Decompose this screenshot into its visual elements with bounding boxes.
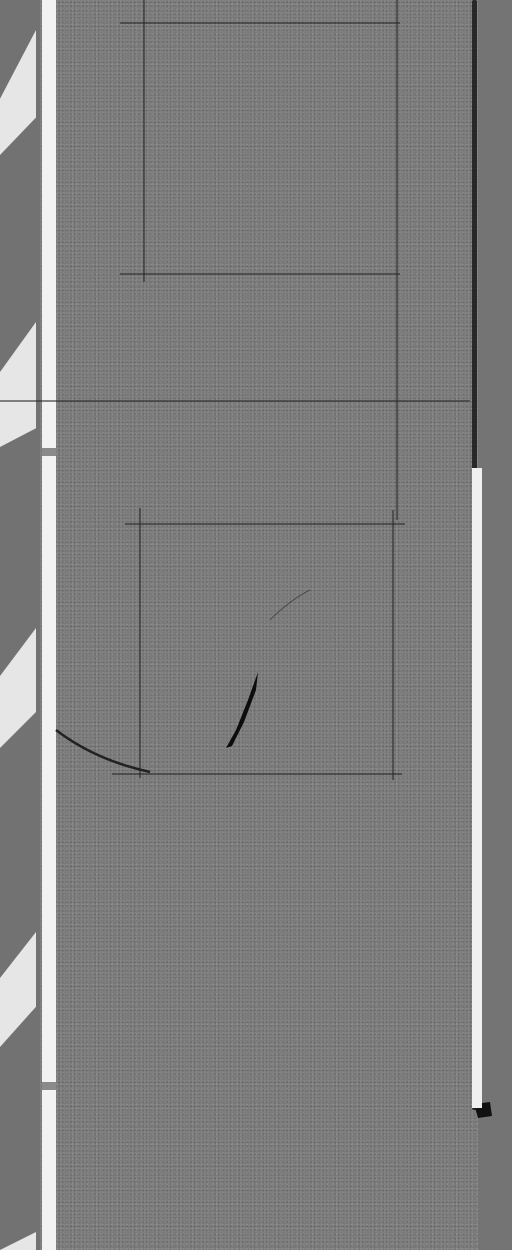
pothole-crack [226, 672, 258, 748]
crack-overlay [0, 0, 512, 1250]
curved-crack [56, 730, 150, 772]
road-surface [0, 0, 512, 1250]
hairline-crack [270, 590, 310, 620]
right-lane-line [472, 468, 482, 1108]
